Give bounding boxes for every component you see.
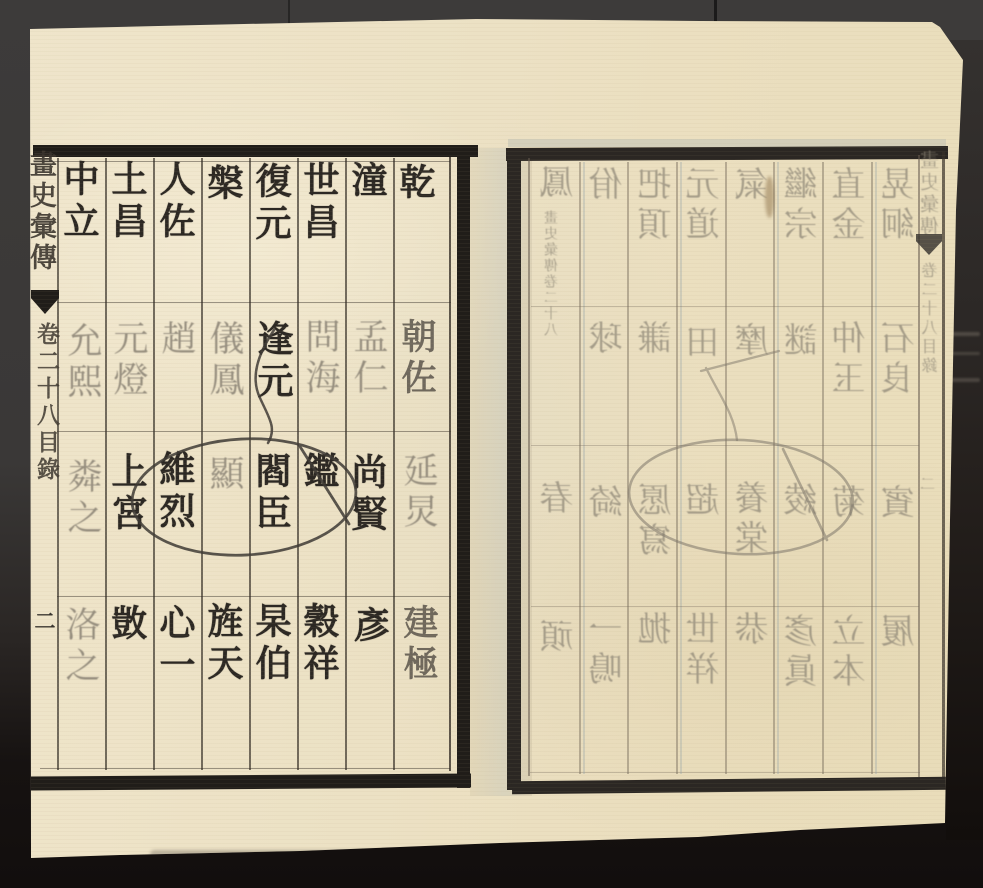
annotation-right-ghost-slash (701, 351, 779, 440)
annotation-left-slash (256, 330, 274, 443)
grey-smudge (690, 843, 920, 851)
annotation-right-ghost-oval (626, 434, 856, 560)
annotation-left-oval (129, 433, 359, 561)
hand-annotations (0, 0, 983, 888)
scan-photo: { "book": { "title": "畫史彙傳", "volume_lab… (0, 0, 983, 888)
annotation-left-oval-slash (299, 445, 349, 524)
paper-sheet: 畫史彙傳 卷二十八目錄 二 乾 朝佐 延炅 建極 潼 孟仁 尚賢 彥 世昌 問海… (0, 0, 983, 888)
page-edge-streak (950, 332, 980, 336)
background-seam (288, 0, 290, 27)
edge-notch (707, 857, 730, 876)
page-edge-streak (950, 352, 980, 355)
page-edge-streak (950, 378, 980, 382)
